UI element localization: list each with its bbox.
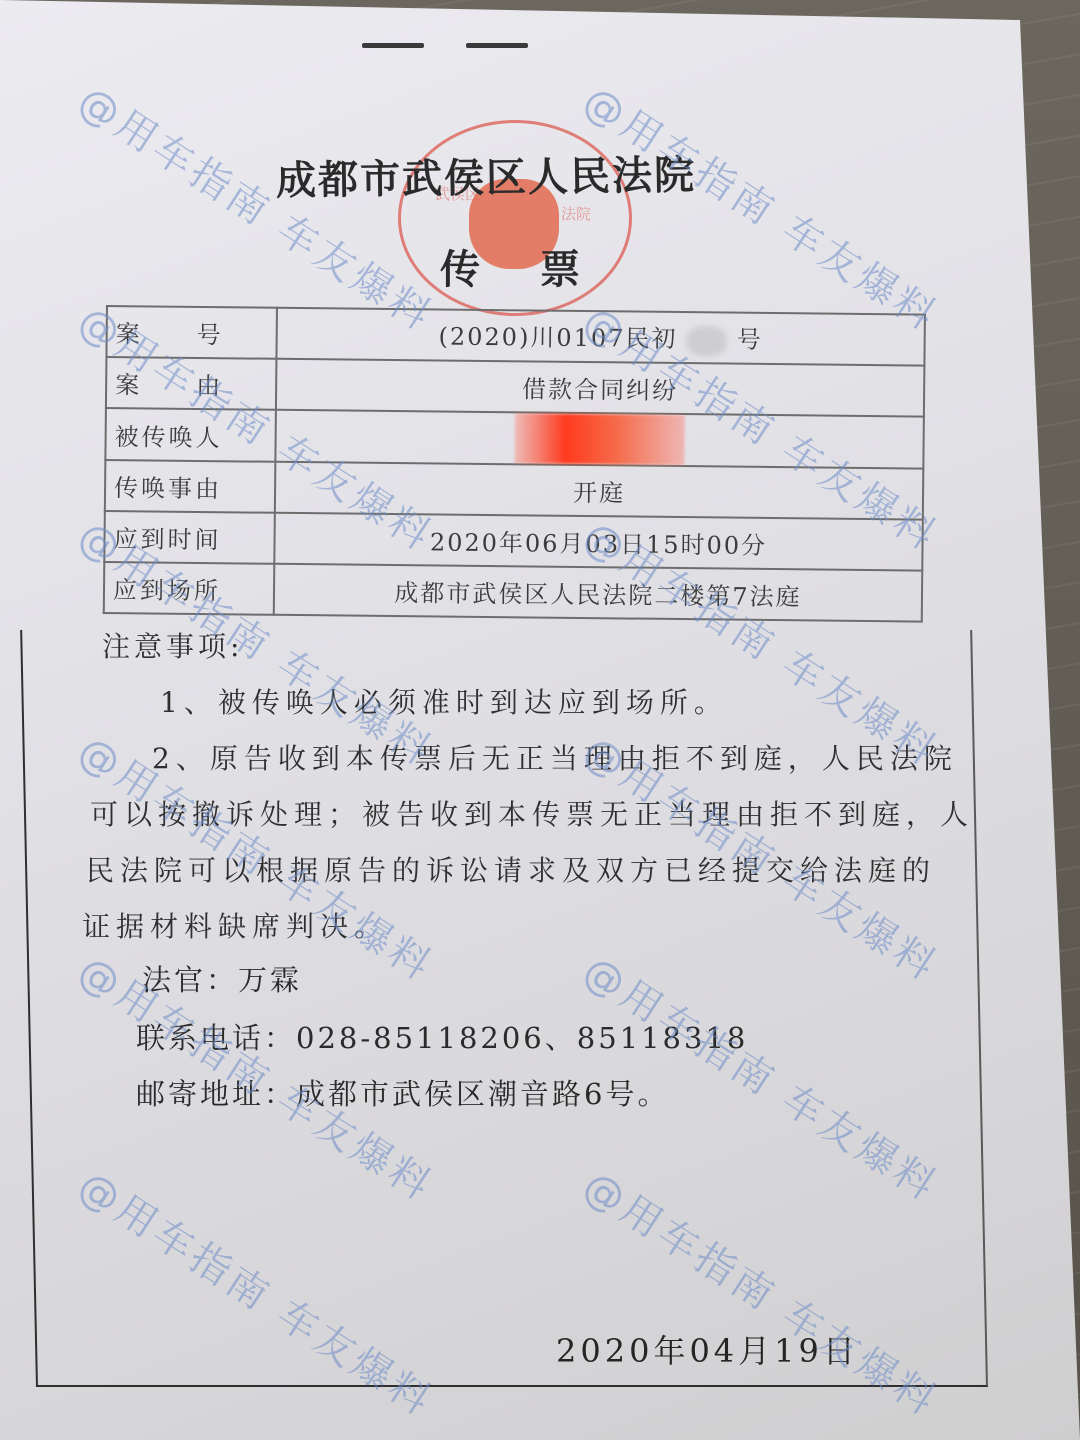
case-number-value: (2020)川0107民初 号: [276, 308, 924, 366]
document-type-title: 传票: [440, 238, 640, 295]
summons-paper: 武侯区 法院 成都市武侯区人民法院 传票 案 号 (2020)川0107民初 号…: [0, 0, 1080, 1440]
note-line: 2、原告收到本传票后无正当理由拒不到庭，人民法院: [152, 737, 958, 777]
watermark: @用车指南 车友爆料: [69, 70, 446, 343]
redaction-mosaic: [514, 413, 685, 465]
summons-info-table: 案 号 (2020)川0107民初 号 案 由 借款合同纠纷 被传唤人 传唤事由…: [103, 305, 926, 623]
summoned-person-value: [275, 410, 924, 469]
notes-heading: 注意事项:: [102, 625, 243, 665]
appearance-place-value: 成都市武侯区人民法院二楼第7法庭: [274, 564, 922, 622]
table-row: 案 号 (2020)川0107民初 号: [106, 306, 924, 366]
table-row: 应到场所 成都市武侯区人民法院二楼第7法庭: [104, 562, 922, 622]
field-label: 应到场所: [104, 562, 275, 615]
field-label: 应到时间: [104, 511, 275, 564]
note-line: 民法院可以根据原告的诉讼请求及双方已经提交给法庭的: [86, 849, 936, 889]
contact-phone: 联系电话：028-85118206、85118318: [136, 1016, 748, 1057]
seal-text-right: 法院: [561, 203, 591, 224]
table-row: 传唤事由 开庭: [105, 460, 923, 520]
note-line: 证据材料缺席判决。: [82, 905, 388, 945]
judge-name: 法官：万霖: [142, 958, 302, 999]
field-label: 传唤事由: [105, 460, 276, 513]
field-label: 被传唤人: [105, 408, 276, 462]
table-row: 应到时间 2020年06月03日15时00分: [104, 511, 922, 571]
table-row: 案 由 借款合同纠纷: [106, 357, 924, 417]
issue-date: 2020年04月19日: [556, 1326, 859, 1372]
note-line: 可以按撤诉处理；被告收到本传票无正当理由拒不到庭，人: [90, 793, 974, 833]
field-label: 案 号: [106, 306, 277, 359]
case-cause-value: 借款合同纠纷: [276, 359, 924, 417]
note-line: 1、被传唤人必须准时到达应到场所。: [160, 681, 728, 721]
field-label: 案 由: [106, 357, 277, 410]
appearance-time-value: 2020年06月03日15时00分: [274, 513, 922, 571]
redaction-blur: [687, 326, 727, 356]
summons-reason-value: 开庭: [275, 462, 923, 520]
table-row: 被传唤人: [105, 408, 923, 469]
mailing-address: 邮寄地址：成都市武侯区潮音路6号。: [136, 1072, 669, 1113]
court-name-title: 成都市武侯区人民法院: [276, 143, 757, 207]
